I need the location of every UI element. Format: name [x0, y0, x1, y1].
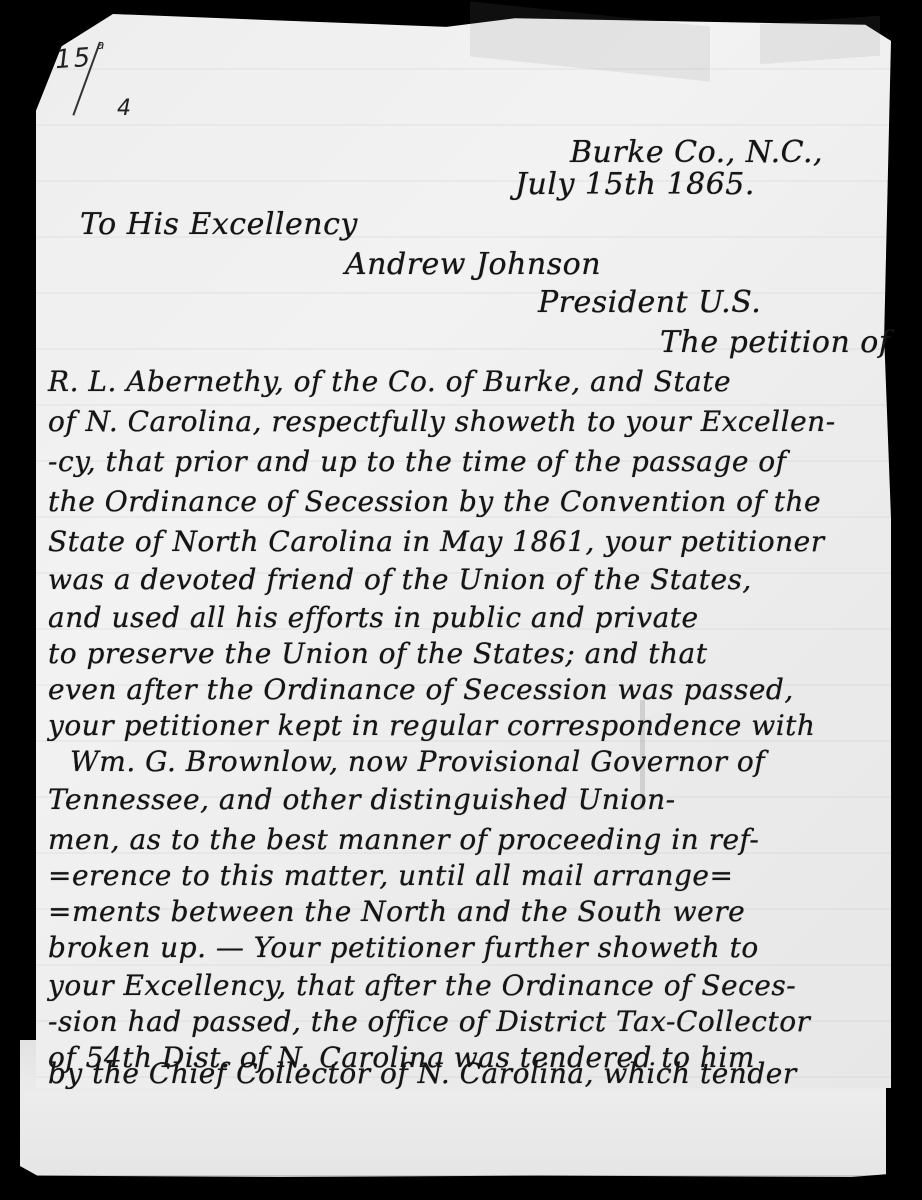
letter-date: July 15th 1865. — [515, 170, 755, 200]
body-line: Wm. G. Brownlow, now Provisional Governo… — [70, 748, 765, 776]
body-line: Tennessee, and other distinguished Union… — [48, 786, 676, 814]
archive-mark-denominator: 4 — [117, 96, 131, 121]
body-line: =ments between the North and the South w… — [48, 898, 745, 926]
body-line: even after the Ordinance of Secession wa… — [48, 676, 794, 704]
body-line: your petitioner kept in regular correspo… — [48, 712, 815, 740]
document-viewer: 15 a 4 Burke Co., N.C., July 15th 1865. … — [0, 0, 922, 1200]
body-line: the Ordinance of Secession by the Conven… — [48, 488, 821, 516]
body-line: men, as to the best manner of proceeding… — [48, 826, 759, 854]
letter-place: Burke Co., N.C., — [570, 138, 823, 168]
body-line: R. L. Abernethy, of the Co. of Burke, an… — [48, 368, 731, 396]
archive-mark-number: 15 — [54, 43, 93, 76]
body-line: of N. Carolina, respectfully showeth to … — [48, 408, 836, 436]
body-line: your Excellency, that after the Ordinanc… — [48, 972, 796, 1000]
body-line: broken up. — Your petitioner further sho… — [48, 934, 759, 962]
body-line: -sion had passed, the office of District… — [48, 1008, 810, 1036]
paper-fold — [760, 16, 880, 64]
body-line: =erence to this matter, until all mail a… — [48, 862, 733, 890]
addressee-name: Andrew Johnson — [345, 250, 601, 280]
body-line: -cy, that prior and up to the time of th… — [48, 448, 787, 476]
body-line: The petition of — [660, 328, 890, 358]
body-line: and used all his efforts in public and p… — [48, 604, 699, 632]
salutation: To His Excellency — [80, 210, 358, 240]
body-line: was a devoted friend of the Union of the… — [48, 566, 752, 594]
body-line: State of North Carolina in May 1861, you… — [48, 528, 825, 556]
body-line: by the Chief Collector of N. Carolina, w… — [48, 1060, 797, 1088]
body-line: to preserve the Union of the States; and… — [48, 640, 707, 668]
addressee-title: President U.S. — [538, 288, 761, 318]
